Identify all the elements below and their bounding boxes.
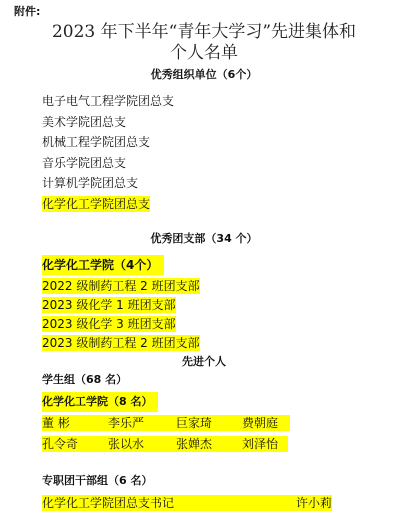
student-name: 孔令奇 [42,436,108,452]
student-names-row-1: 董 彬李乐严巨家琦费朝庭 [42,415,290,431]
document-title-line2: 个人名单 [0,38,408,63]
branch-item: 2023 级化学 1 班团支部 [42,297,176,313]
branch-item: 2023 级制药工程 2 班团支部 [42,335,200,351]
unit-item: 机械工程学院团总支 [42,134,150,150]
unit-item: 电子电气工程学院团总支 [42,93,174,109]
student-name: 费朝庭 [242,415,278,431]
unit-item: 计算机学院团总支 [42,175,138,191]
student-name: 李乐严 [108,415,176,431]
student-name: 董 彬 [42,415,108,431]
student-name: 巨家琦 [176,415,242,431]
staff-row: 化学化工学院团总支书记 许小莉 [42,495,332,511]
student-college: 化学化工学院（8 名） [42,392,158,412]
staff-role: 化学化工学院团总支书记 [42,496,174,510]
student-name: 刘泽怡 [242,436,278,452]
branch-college: 化学化工学院（4个） [42,255,164,275]
unit-item: 音乐学院团总支 [42,155,126,171]
branch-item: 2023 级化学 3 班团支部 [42,316,176,332]
excellent-units-heading: 优秀组织单位（6个） [0,66,408,82]
staff-group-heading: 专职团干部组（6 名） [42,473,152,489]
advanced-individuals-heading: 先进个人 [0,353,408,369]
branch-item: 2022 级制药工程 2 班团支部 [42,278,200,294]
unit-item: 美术学院团总支 [42,114,126,130]
excellent-branches-heading: 优秀团支部（34 个） [0,230,408,246]
unit-item-highlighted: 化学化工学院团总支 [42,196,150,212]
student-name: 张以水 [108,436,176,452]
student-names-row-2: 孔令奇张以水张婵杰刘泽怡 [42,436,288,452]
student-group-heading: 学生组（68 名） [42,372,127,388]
staff-name: 许小莉 [296,495,332,511]
student-name: 张婵杰 [176,436,242,452]
